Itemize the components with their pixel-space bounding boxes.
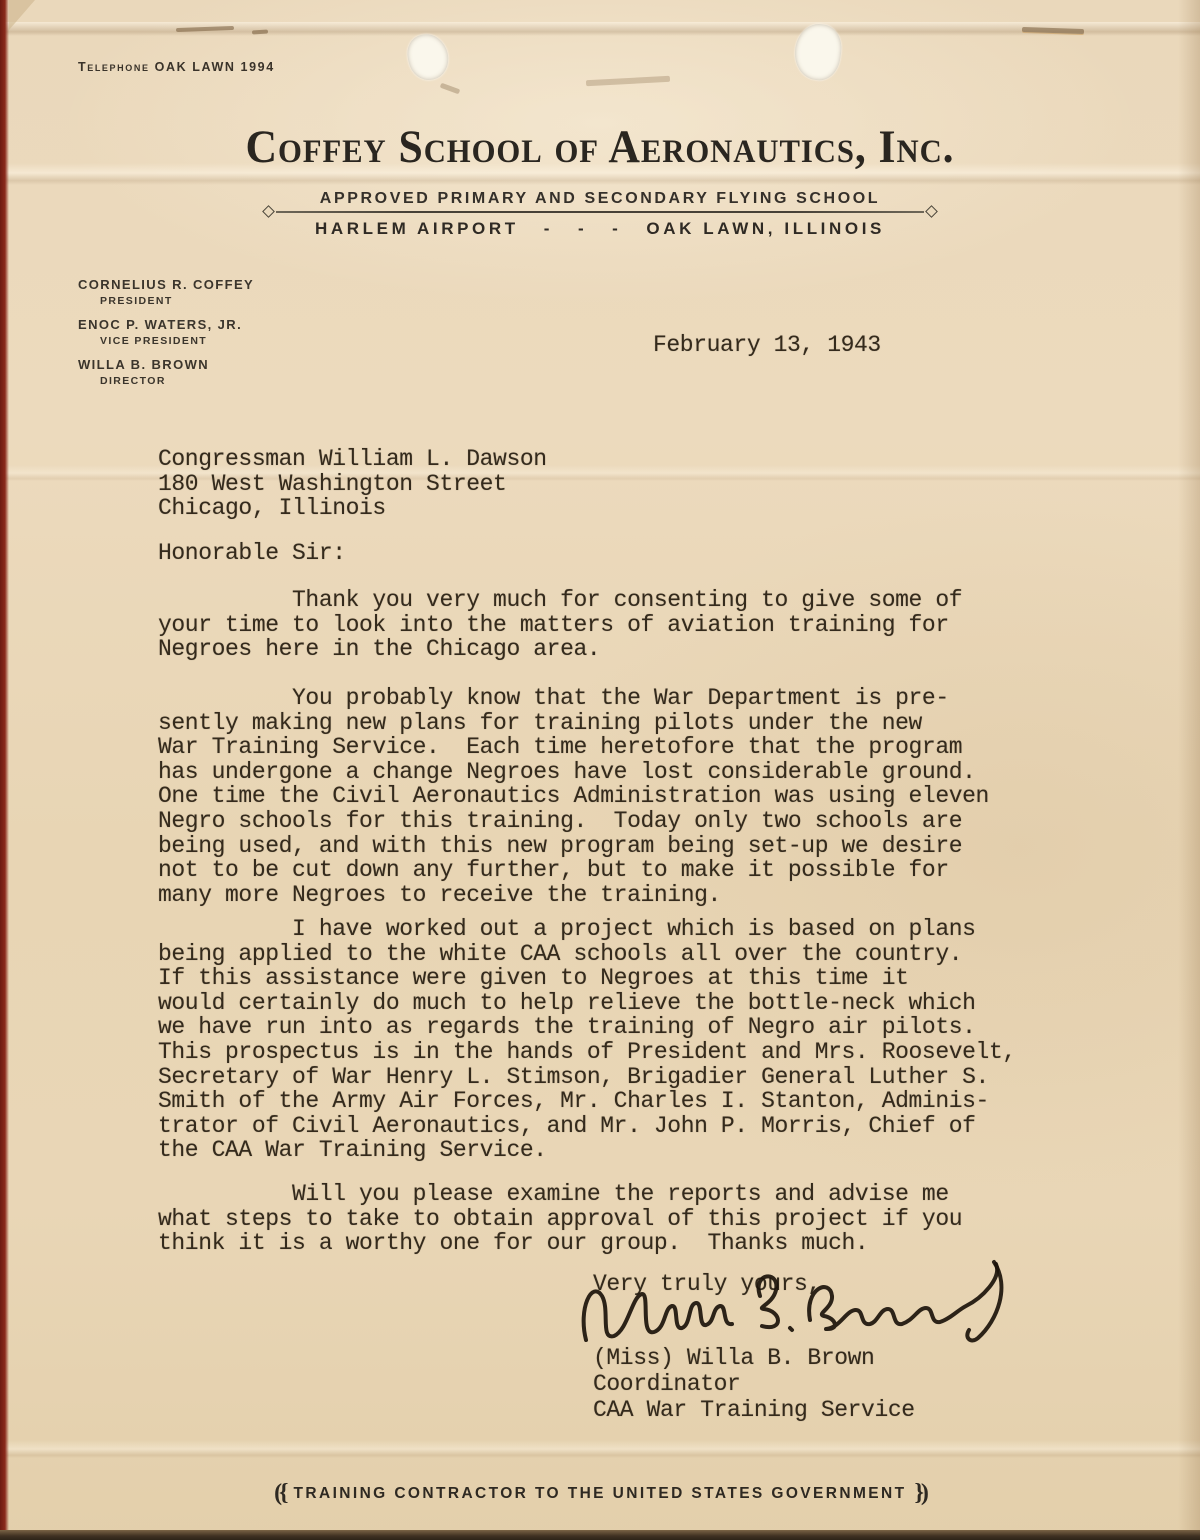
school-name-title: Coffey School of Aeronautics, Inc. [42,120,1158,174]
staple-mark [586,76,670,86]
approval-line: APPROVED PRIMARY AND SECONDARY FLYING SC… [0,190,1200,208]
body-paragraph-3: I have worked out a project which is bas… [158,917,1016,1163]
officers-list: CORNELIUS R. COFFEY PRESIDENT ENOC P. WA… [78,276,254,396]
staple-mark [1022,27,1084,34]
typed-signature-block: (Miss) Willa B. Brown Coordinator CAA Wa… [593,1345,915,1423]
body-paragraph-4: Will you please examine the reports and … [158,1182,962,1256]
staple-mark [176,26,234,32]
officer-title: VICE PRESIDENT [78,333,254,349]
staple-mark [252,29,268,34]
diamond-ornament-icon [925,205,938,218]
officer-entry: WILLA B. BROWN DIRECTOR [78,356,254,389]
location-line: HARLEM AIRPORT - - - OAK LAWN, ILLINOIS [0,219,1200,239]
footer-text: TRAINING CONTRACTOR TO THE UNITED STATES… [294,1485,907,1503]
scanned-letter-page: Telephone OAK LAWN 1994 Coffey School of… [0,0,1200,1540]
scan-edge-bottom [0,1530,1200,1540]
salutation: Honorable Sir: [158,541,346,566]
footer-banner: ({ TRAINING CONTRACTOR TO THE UNITED STA… [0,1480,1200,1507]
officer-entry: CORNELIUS R. COFFEY PRESIDENT [78,276,254,309]
staple-mark [440,83,461,95]
body-paragraph-2: You probably know that the War Departmen… [158,686,989,907]
footer-ornament-right: }) [914,1480,925,1507]
footer-ornament-left: ({ [274,1480,285,1507]
officer-title: PRESIDENT [78,293,254,309]
letterhead-rule [0,207,1200,216]
body-paragraph-1: Thank you very much for consenting to gi… [158,588,962,662]
corner-fold [9,0,35,30]
officer-entry: ENOC P. WATERS, JR. VICE PRESIDENT [78,316,254,349]
telephone-line: Telephone OAK LAWN 1994 [78,60,275,74]
punch-hole [404,30,453,83]
paper-crease [0,1440,1200,1458]
punch-hole [791,21,844,83]
diamond-ornament-icon [262,205,275,218]
officer-name: CORNELIUS R. COFFEY [78,276,254,293]
rule-line [276,211,924,213]
officer-title: DIRECTOR [78,373,254,389]
recipient-address: Congressman William L. Dawson 180 West W… [158,447,547,521]
letter-date: February 13, 1943 [653,333,881,358]
officer-name: ENOC P. WATERS, JR. [78,316,254,333]
officer-name: WILLA B. BROWN [78,356,254,373]
